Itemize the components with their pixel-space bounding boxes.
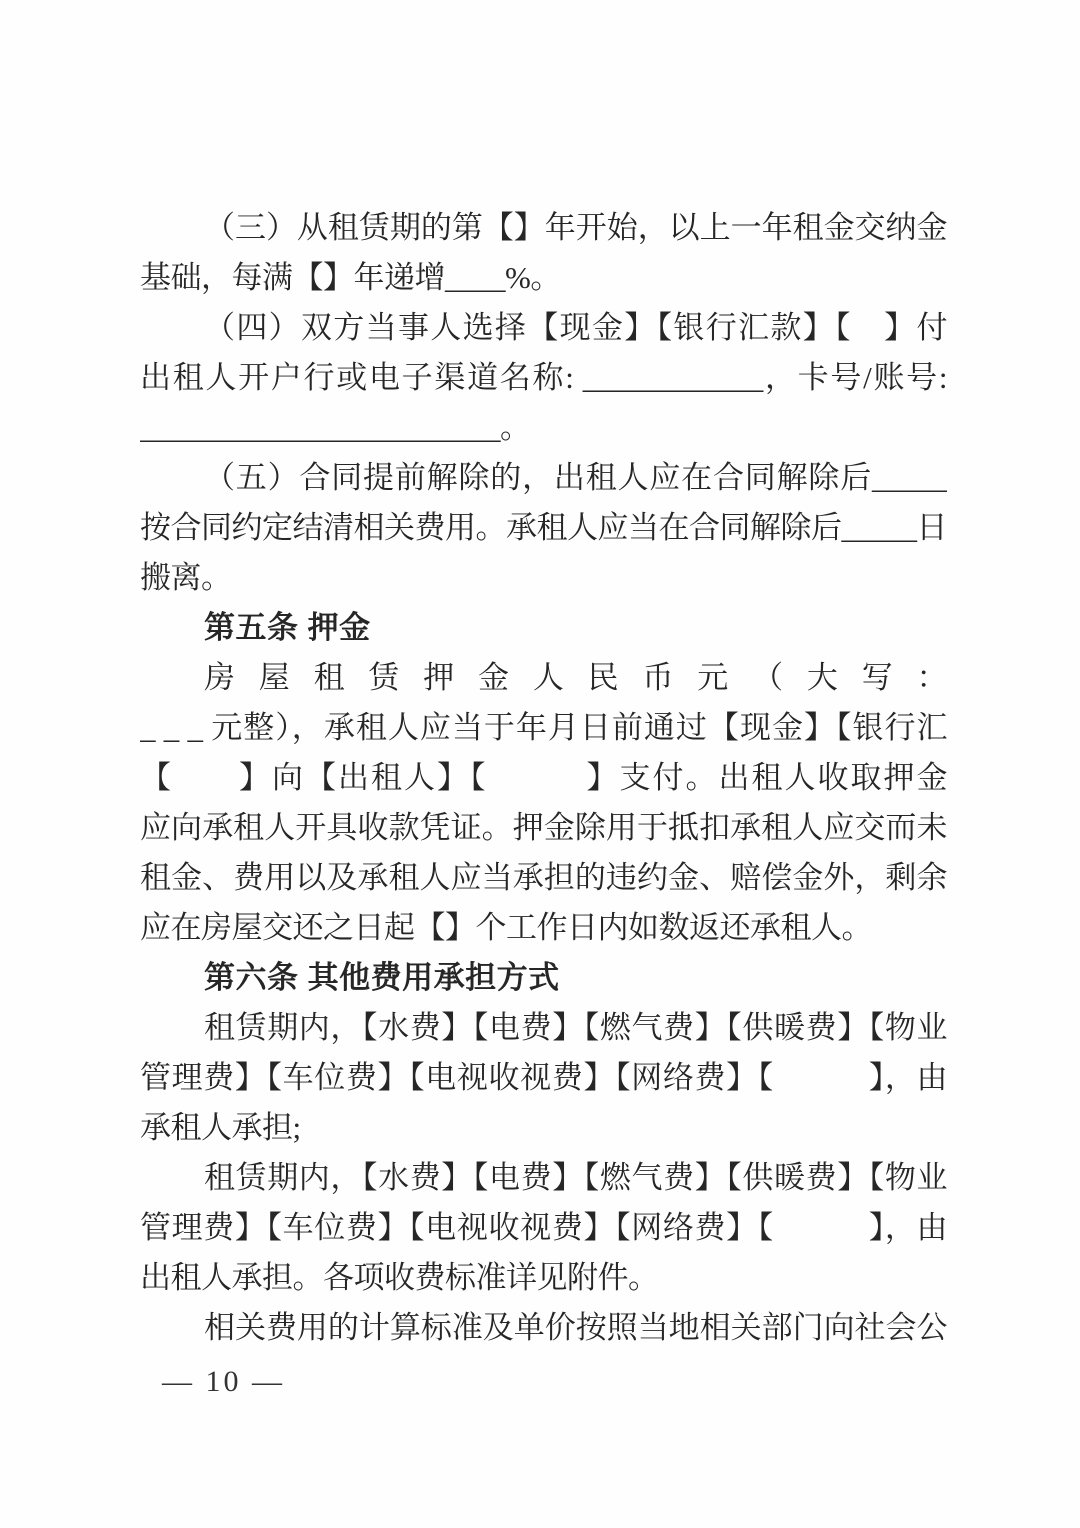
text-line: _ _ _ 元整），承租人应当于年月日前通过【现金】【银行汇款】 (140, 703, 947, 753)
text-line: 租金、费用以及承租人应当承担的违约金、赔偿金外，剩余部分 (140, 853, 947, 903)
document-page: （三）从租赁期的第【】年开始，以上一年租金交纳金额为基础，每满【】年递增____… (0, 0, 1080, 1528)
page-number: — 10 — (162, 1361, 947, 1403)
text-line: 应在房屋交还之日起【】个工作日内如数返还承租人。 (140, 903, 947, 953)
text-line: 应向承租人开具收款凭证。押金除用于抵扣承租人应交而未交的 (140, 803, 947, 853)
section-heading: 第五条 押金 (140, 603, 947, 653)
text-line: 出租人承担。各项收费标准详见附件。 (140, 1253, 947, 1303)
text-line: ________________________。 (140, 403, 947, 453)
text-line: 搬离。 (140, 553, 947, 603)
text-line: 管理费】【车位费】【电视收视费】【网络费】【 】，由 (140, 1203, 947, 1253)
text-line: 基础，每满【】年递增____%。 (140, 253, 947, 303)
text-line: 相关费用的计算标准及单价按照当地相关部门向社会公布 (140, 1303, 947, 1353)
text-line: （四）双方当事人选择【现金】【银行汇款】【 】付款。 (140, 303, 947, 353)
text-line: （三）从租赁期的第【】年开始，以上一年租金交纳金额为 (140, 203, 947, 253)
text-line: 房 屋 租 赁 押 金 人 民 币 元 （ 大 写 ： (140, 653, 947, 703)
text-line: 承租人承担; (140, 1103, 947, 1153)
text-line: 管理费】【车位费】【电视收视费】【网络费】【 】，由 (140, 1053, 947, 1103)
section-heading: 第六条 其他费用承担方式 (140, 953, 947, 1003)
text-line: 租赁期内，【水费】【电费】【燃气费】【供暖费】【物业 (140, 1003, 947, 1053)
text-line: 按合同约定结清相关费用。承租人应当在合同解除后_____日内 (140, 503, 947, 553)
text-line: 【 】向【出租人】【 】支付。出租人收取押金后， (140, 753, 947, 803)
contract-body: （三）从租赁期的第【】年开始，以上一年租金交纳金额为基础，每满【】年递增____… (140, 203, 947, 1353)
text-line: 租赁期内，【水费】【电费】【燃气费】【供暖费】【物业 (140, 1153, 947, 1203)
text-line: 出租人开户行或电子渠道名称: ____________，卡号/账号: (140, 353, 947, 403)
text-line: （五）合同提前解除的，出租人应在合同解除后_____日内 (140, 453, 947, 503)
